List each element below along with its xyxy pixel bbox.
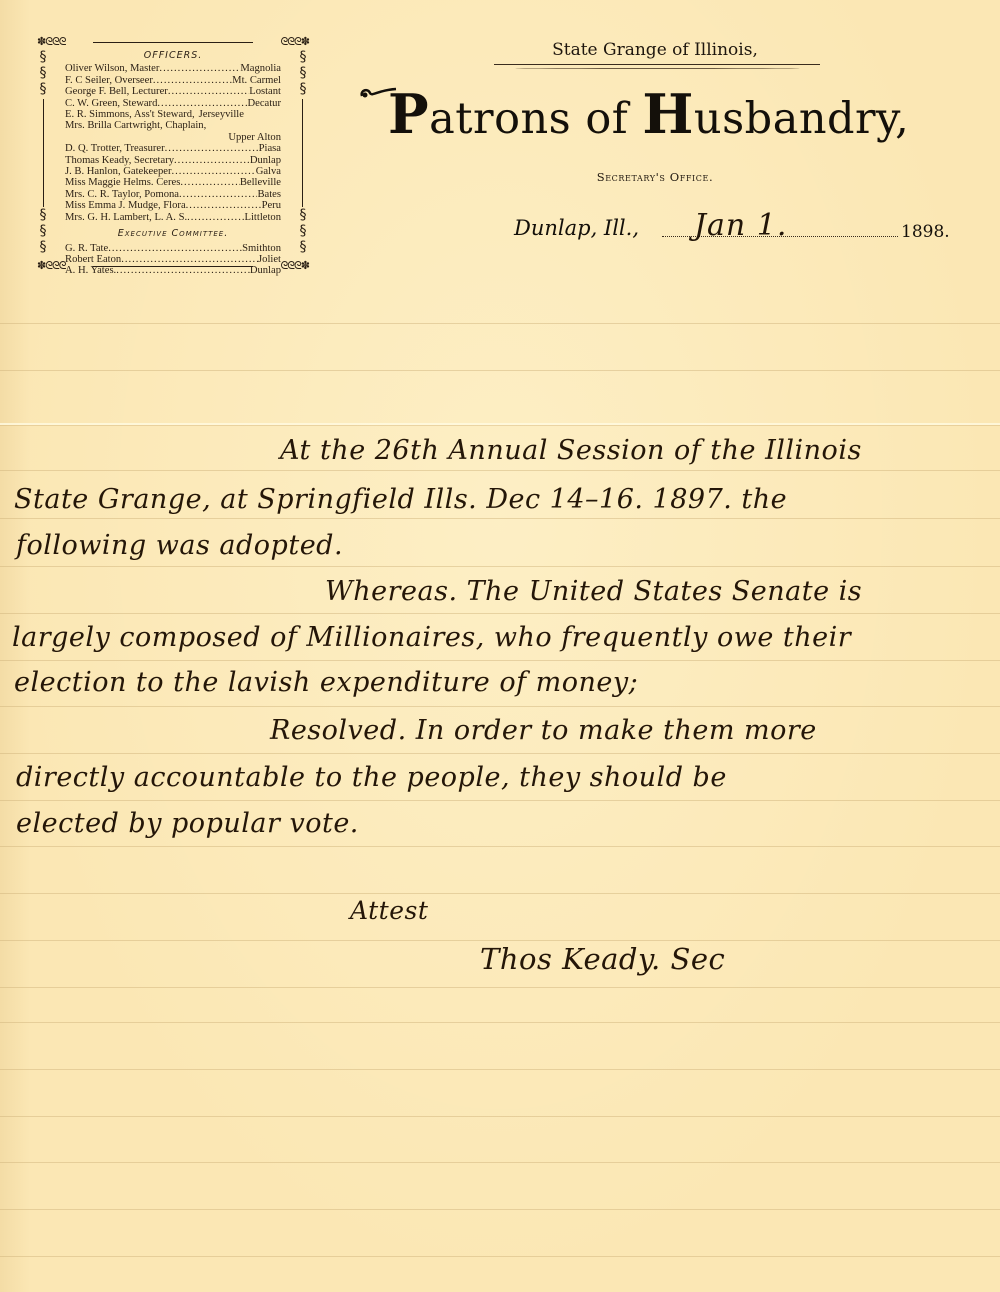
officer-row: Miss Maggie Helms. CeresBelleville xyxy=(65,177,281,188)
chain-ornament-icon: §§§ xyxy=(297,49,309,97)
scroll-ornament-icon: ✽ᘓᘓᘓ xyxy=(37,259,65,273)
rule-line xyxy=(0,470,1000,471)
signature: Thos Keady. Sec xyxy=(480,942,725,976)
dateline-place: Dunlap, Ill., xyxy=(514,216,639,240)
chain-ornament-icon: §§§ xyxy=(297,207,309,255)
scroll-ornament-icon: ᘓᘓᘓ✽ xyxy=(281,35,309,49)
rule-line xyxy=(0,1162,1000,1163)
body-line: State Grange, at Springfield Ills. Dec 1… xyxy=(14,484,787,515)
attest-label: Attest xyxy=(350,896,428,925)
rule-line xyxy=(0,846,1000,847)
officers-heading: OFFICERS. xyxy=(65,50,281,61)
officer-row: Mrs. G. H. Lambert, L. A. S.Littleton xyxy=(65,212,281,223)
rule-line xyxy=(0,800,1000,801)
committee-row: G. R. TateSmithton xyxy=(65,243,281,254)
officer-row: Mrs. C. R. Taylor, PomonaBates xyxy=(65,189,281,200)
body-line: largely composed of Millionaires, who fr… xyxy=(12,622,851,653)
body-line: election to the lavish expenditure of mo… xyxy=(14,667,638,698)
officer-row: George F. Bell, LecturerLostant xyxy=(65,86,281,97)
heading-underline-curve xyxy=(515,68,800,69)
officer-row: Mrs. Brilla Cartwright, Chaplain, xyxy=(65,120,281,131)
rule-line xyxy=(0,940,1000,941)
officer-row: Miss Emma J. Mudge, FloraPeru xyxy=(65,200,281,211)
heading-underline xyxy=(494,64,820,65)
chain-ornament-icon: §§§ xyxy=(37,207,49,255)
chain-ornament-icon: §§§ xyxy=(37,49,49,97)
dateline: Dunlap, Ill., Jan 1. 1898. xyxy=(514,212,954,252)
officers-list: OFFICERS. Oliver Wilson, MasterMagnolia … xyxy=(65,49,281,277)
rule-line xyxy=(0,1209,1000,1210)
rule-line xyxy=(0,987,1000,988)
rule-line xyxy=(0,660,1000,661)
scroll-ornament-icon: ᘓᘓᘓ✽ xyxy=(281,259,309,273)
officer-row: J. B. Hanlon, GatekeeperGalva xyxy=(65,166,281,177)
rule-line xyxy=(0,706,1000,707)
body-line: At the 26th Annual Session of the Illino… xyxy=(280,435,862,466)
handwritten-date: Jan 1. xyxy=(694,208,787,243)
rule-line xyxy=(0,753,1000,754)
body-line: Resolved. In order to make them more xyxy=(270,715,817,746)
rule-line xyxy=(0,1069,1000,1070)
officer-row: Thomas Keady, SecretaryDunlap xyxy=(65,155,281,166)
body-line: following was adopted. xyxy=(16,530,343,561)
officer-row: D. Q. Trotter, TreasurerPiasa xyxy=(65,143,281,154)
body-line: elected by popular vote. xyxy=(16,808,359,839)
officer-row: Oliver Wilson, MasterMagnolia xyxy=(65,63,281,74)
rule-line xyxy=(0,1022,1000,1023)
ornamental-border-top: ✽ᘓᘓᘓ ᘓᘓᘓ✽ xyxy=(37,35,309,49)
officer-row: E. R. Simmons, Ass't Steward,Jerseyville xyxy=(65,109,281,120)
rule-line xyxy=(0,893,1000,894)
secretary-office-label: Secretary's Office. xyxy=(520,170,790,184)
border-line-right xyxy=(302,99,303,207)
ornamental-border-bottom: ✽ᘓᘓᘓ ᘓᘓᘓ✽ xyxy=(37,259,309,273)
body-line: directly accountable to the people, they… xyxy=(16,762,727,793)
rule-line xyxy=(0,323,1000,324)
officer-row: F. C Seiler, OverseerMt. Carmel xyxy=(65,75,281,86)
printed-year: 1898. xyxy=(901,222,950,242)
organization-name: State Grange of Illinois, xyxy=(490,40,820,60)
rule-line xyxy=(0,1116,1000,1117)
executive-committee-heading: Executive Committee. xyxy=(65,228,281,239)
rule-line xyxy=(0,1256,1000,1257)
officers-box: ✽ᘓᘓᘓ ᘓᘓᘓ✽ §§§ §§§ §§§ §§§ OFFICERS. Oliv… xyxy=(37,35,309,273)
rule-line xyxy=(0,370,1000,371)
officer-row-continuation: Upper Alton xyxy=(65,132,281,143)
officer-row: C. W. Green, StewardDecatur xyxy=(65,98,281,109)
scroll-ornament-icon: ✽ᘓᘓᘓ xyxy=(37,35,65,49)
letterhead-title: Patrons of Husbandry, xyxy=(360,88,960,145)
body-line: Whereas. The United States Senate is xyxy=(325,576,862,607)
rule-line xyxy=(0,613,1000,614)
paper-fold-crease xyxy=(0,423,1000,425)
rule-line xyxy=(0,566,1000,567)
rule-line xyxy=(0,518,1000,519)
border-line-left xyxy=(43,99,44,207)
